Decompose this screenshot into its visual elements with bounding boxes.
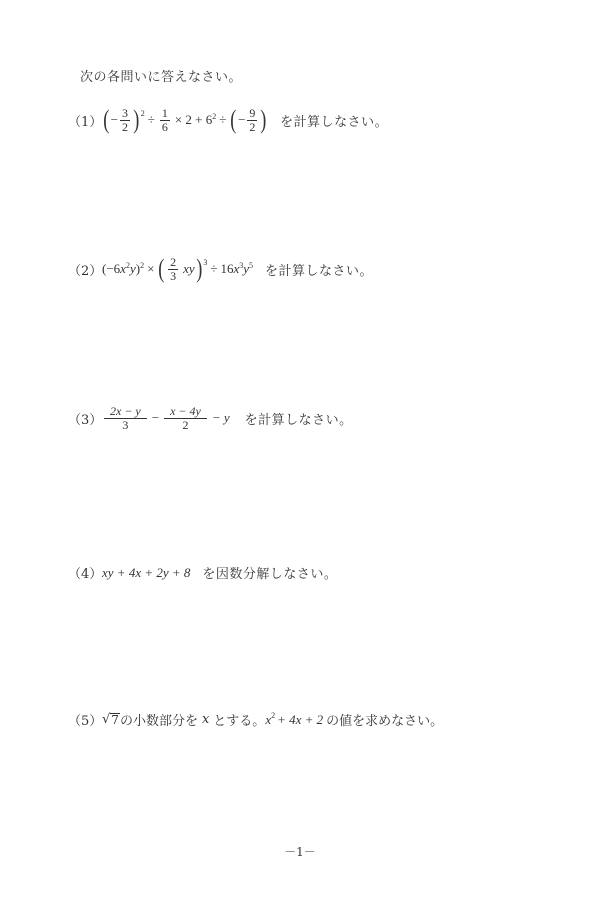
expression-tail: − y — [212, 410, 230, 426]
math-expression: xy + 4x + 2y + 8 — [102, 565, 190, 581]
right-paren: ) — [196, 256, 202, 282]
denominator: 2 — [180, 419, 190, 432]
left-paren: ( — [103, 107, 109, 133]
divide-operator: ÷ — [148, 112, 155, 128]
question-3: （3） 2x − y 3 − x − 4y 2 − y を計算しなさい。 — [68, 405, 353, 431]
denominator: 6 — [160, 121, 170, 134]
numerator: 2x − y — [104, 405, 147, 419]
exponent: 2 — [212, 112, 216, 121]
left-paren: ( — [231, 107, 237, 133]
fraction: 3 2 — [120, 107, 130, 133]
question-instruction: を因数分解しなさい。 — [202, 563, 337, 582]
fraction: 9 2 — [247, 107, 257, 133]
minus-sign: − — [238, 112, 245, 128]
fraction: 2x − y 3 — [104, 405, 147, 431]
left-paren: ( — [159, 256, 165, 282]
question-instruction: を計算しなさい。 — [245, 409, 353, 428]
minus-sign: − — [111, 112, 118, 128]
variable-x: x — [202, 712, 209, 727]
question-label: （4） — [68, 563, 102, 582]
denominator: 3 — [120, 419, 130, 432]
question-text: の小数部分を — [120, 710, 198, 729]
denominator: 3 — [168, 270, 178, 283]
times-operator: × — [147, 261, 154, 277]
exponent: 3 — [203, 258, 207, 267]
question-text: の値を求めなさい。 — [326, 710, 443, 729]
denominator: 2 — [120, 121, 130, 134]
right-paren: ) — [261, 107, 267, 133]
question-instruction: を計算しなさい。 — [280, 111, 388, 130]
right-paren: ) — [133, 107, 139, 133]
divide-operator: ÷ — [210, 261, 217, 277]
fraction: x − 4y 2 — [164, 405, 207, 431]
question-label: （5） — [68, 710, 102, 729]
math-expression: (−6x2y)2 × ( 2 3 xy )3 ÷ 16x3y5 — [102, 256, 253, 282]
question-2: （2） (−6x2y)2 × ( 2 3 xy )3 ÷ 16x3y5 を計算し… — [68, 256, 373, 282]
expression-part: (−6 — [102, 261, 120, 277]
exponent: 2 — [140, 261, 144, 270]
exponent: 2 — [271, 711, 275, 720]
expression-rest: + 4x + 2 — [277, 712, 323, 728]
numerator: 1 — [160, 107, 170, 121]
question-4: （4） xy + 4x + 2y + 8 を因数分解しなさい。 — [68, 563, 337, 582]
question-label: （1） — [68, 111, 102, 130]
numerator: 9 — [247, 107, 257, 121]
question-label: （3） — [68, 409, 102, 428]
math-expression: ( − 3 2 )2 ÷ 1 6 × 2 + 62 ÷ ( − 9 2 ) — [102, 107, 268, 133]
page-number: －1－ — [0, 843, 600, 860]
square-root: √7 — [102, 712, 120, 727]
numerator: 3 — [120, 107, 130, 121]
fraction: 1 6 — [160, 107, 170, 133]
divide-operator: ÷ — [219, 112, 226, 128]
question-1: （1） ( − 3 2 )2 ÷ 1 6 × 2 + 62 ÷ ( − 9 2 … — [68, 107, 388, 133]
radicand: 7 — [110, 713, 120, 727]
exponent: 2 — [141, 109, 145, 118]
radical-icon: √ — [102, 712, 110, 727]
coefficient: 16 — [220, 261, 233, 277]
question-5: （5） √7 の小数部分を x とする。 x2 + 4x + 2 の値を求めなさ… — [68, 710, 443, 729]
question-label: （2） — [68, 260, 102, 279]
variable-xy: xy — [183, 261, 195, 277]
numerator: 2 — [168, 256, 178, 270]
exponent: 5 — [249, 261, 253, 270]
minus-operator: − — [152, 410, 159, 426]
question-instruction: を計算しなさい。 — [265, 260, 373, 279]
math-expression: 2x − y 3 − x − 4y 2 − y — [102, 405, 233, 431]
numerator: x − 4y — [164, 405, 207, 419]
question-text: とする。 — [213, 710, 265, 729]
math-expression: x2 + 4x + 2 — [265, 712, 323, 728]
instruction-text: 次の各問いに答えなさい。 — [80, 66, 242, 85]
expression-middle: × 2 + 6 — [175, 112, 212, 128]
fraction: 2 3 — [168, 256, 178, 282]
denominator: 2 — [247, 121, 257, 134]
